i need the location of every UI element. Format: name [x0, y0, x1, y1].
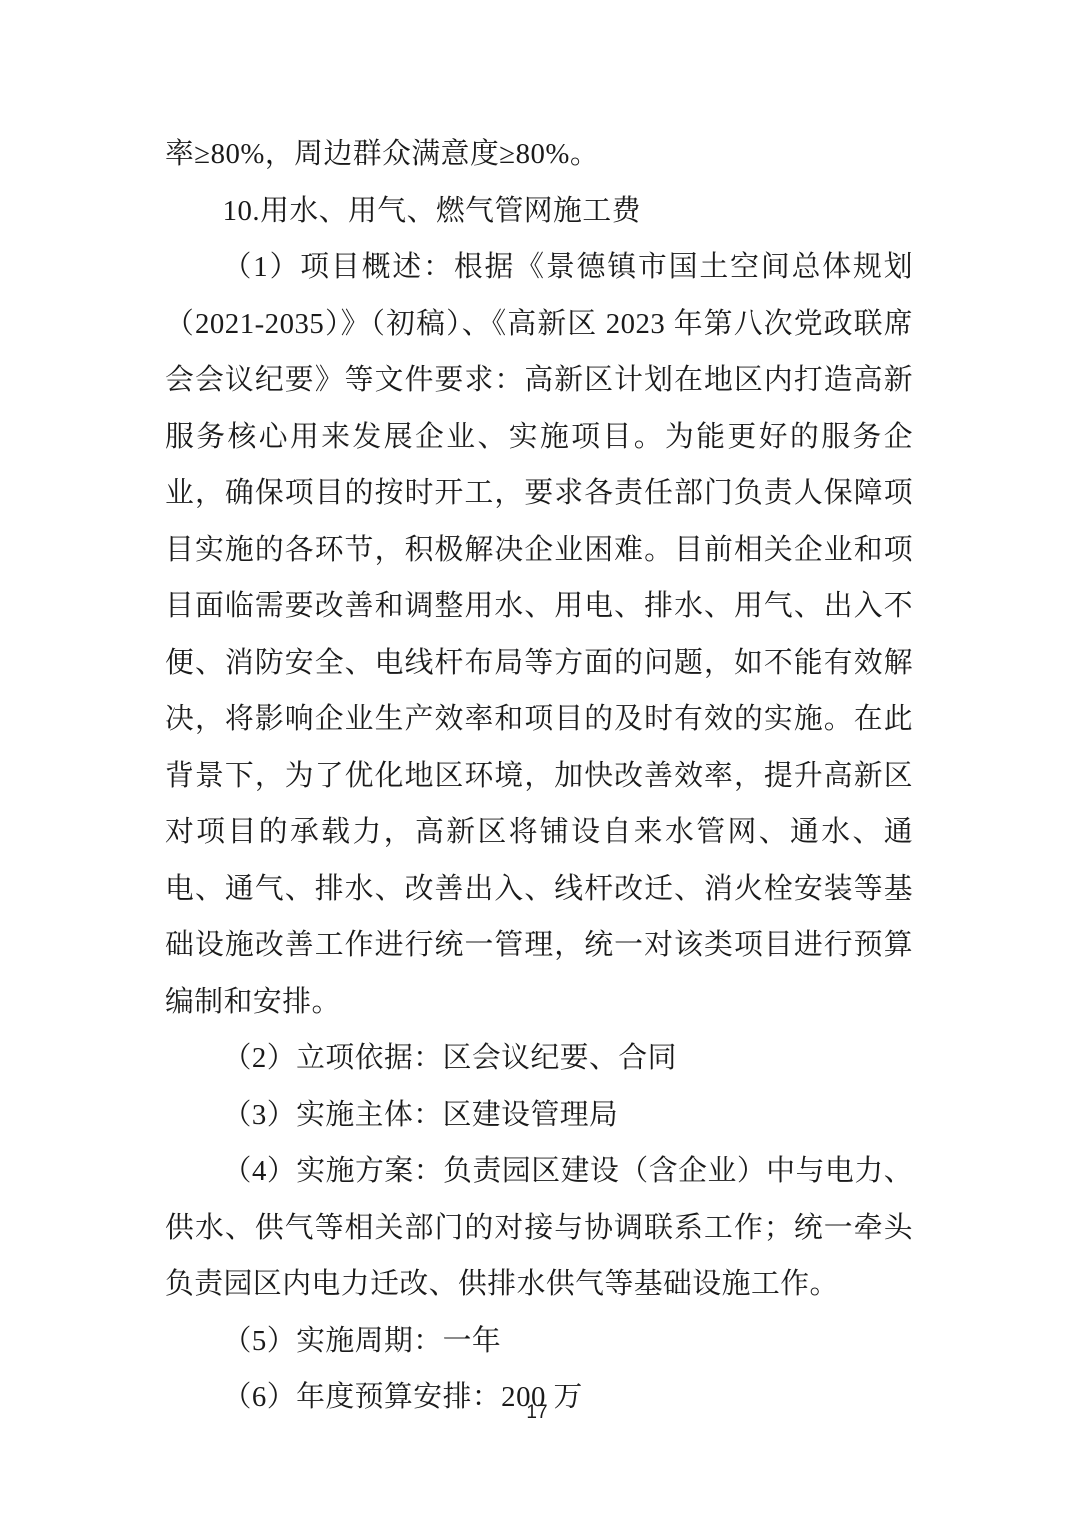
paragraph-implementation-plan: （4）实施方案：负责园区建设（含企业）中与电力、供水、供气等相关部门的对接与协调…: [165, 1143, 913, 1313]
paragraph-implementing-body: （3）实施主体：区建设管理局: [165, 1087, 913, 1144]
paragraph-implementation-period: （5）实施周期：一年: [165, 1313, 913, 1370]
paragraph-continuation: 率≥80%，周边群众满意度≥80%。: [165, 126, 913, 183]
section-heading-item-10: 10.用水、用气、燃气管网施工费: [165, 183, 913, 240]
document-page: 率≥80%，周边群众满意度≥80%。 10.用水、用气、燃气管网施工费 （1）项…: [0, 0, 1074, 1520]
page-number: 17: [526, 1402, 547, 1423]
paragraph-project-basis: （2）立项依据：区会议纪要、合同: [165, 1030, 913, 1087]
paragraph-project-overview: （1）项目概述：根据《景德镇市国土空间总体规划（2021-2035）》（初稿）、…: [165, 239, 913, 1030]
page-footer: 17: [0, 1402, 1074, 1424]
document-body: 率≥80%，周边群众满意度≥80%。 10.用水、用气、燃气管网施工费 （1）项…: [165, 126, 913, 1426]
